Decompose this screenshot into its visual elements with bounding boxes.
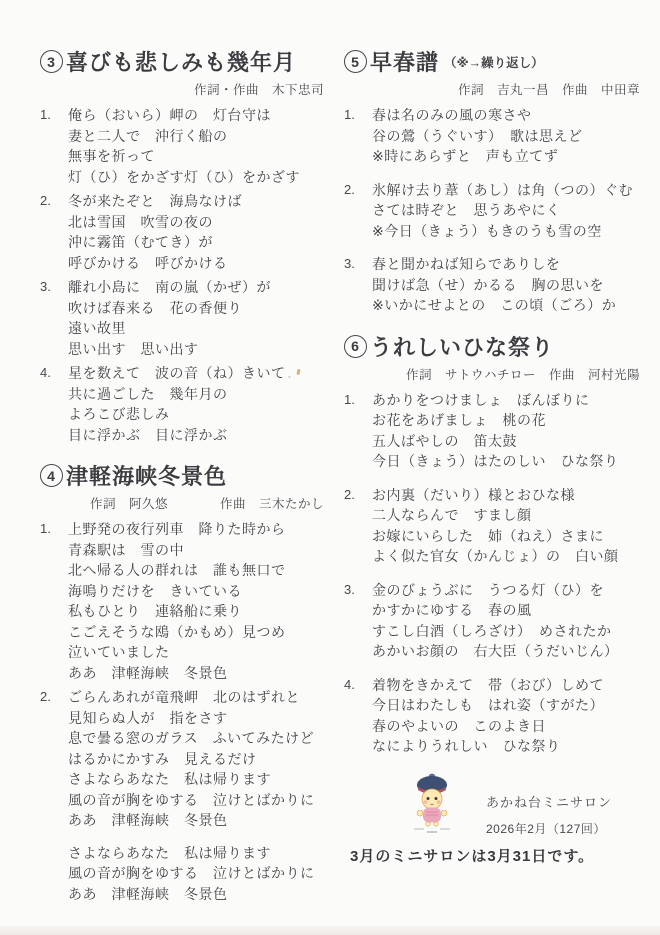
lyric-line: すこし白酒（しろざけ） めされたか xyxy=(372,621,650,642)
verse: 3.春と聞かねば知らでありしを聞けば急（せ）かるる 胸の思いを※いかにせよとの … xyxy=(344,254,650,316)
song-title: 3喜びも悲しみも幾年月 xyxy=(40,46,334,77)
verse-lines: お内裏（だいり）様とおひな様二人ならんで すまし顔お嫁にいらした 姉（ねえ）さま… xyxy=(372,485,650,567)
lyric-line: あかりをつけましょ ぼんぼりに xyxy=(372,390,650,411)
salon-name: あかね台ミニサロン xyxy=(486,792,612,811)
lyric-line: 見知らぬ人が 指をさす xyxy=(68,708,334,729)
song-title: 4津軽海峡冬景色 xyxy=(40,460,334,491)
verse-number: 3. xyxy=(344,580,372,662)
salon-notice: 3月のミニサロンは3月31日です。 xyxy=(350,845,650,866)
verse: 4.着物をきかえて 帯（おび）しめて今日はわたしも はれ姿（すがた）春のやよいの… xyxy=(344,675,650,757)
verse-number: 1. xyxy=(344,390,372,472)
song-number-circle: 4 xyxy=(40,464,63,487)
verse-number: 2. xyxy=(40,191,68,273)
lyric-line: よろこび悲しみ xyxy=(68,404,334,425)
verse-lines: 金のびょうぶに うつる灯（ひ）をかすかにゆする 春の風すこし白酒（しろざけ） め… xyxy=(372,580,650,662)
lyric-line: 吹けば春来る 花の香便り xyxy=(68,298,334,319)
right-column: 5早春譜（※→繰り返し）作詞 吉丸一昌 作曲 中田章1.春は名のみの風の寒さや谷… xyxy=(344,46,650,866)
lyric-line: 離れ小島に 南の嵐（かぜ）が xyxy=(68,277,334,298)
lyric-line: ああ 津軽海峡 冬景色 xyxy=(68,663,334,684)
mascot-icon xyxy=(406,770,458,836)
verse-lines: さよならあなた 私は帰ります風の音が胸をゆする 泣けとばかりにああ 津軽海峡 冬… xyxy=(68,843,334,905)
verse: 2.冬が来たぞと 海鳥なけば北は雪国 吹雪の夜の沖に霧笛（むてき）が呼びかける … xyxy=(40,191,334,273)
verse-lines: 離れ小島に 南の嵐（かぜ）が吹けば春来る 花の香便り遠い故里思い出す 思い出す xyxy=(68,277,334,359)
verse-lines: 着物をきかえて 帯（おび）しめて今日はわたしも はれ姿（すがた）春のやよいの こ… xyxy=(372,675,650,757)
lyric-line: 妻と二人で 沖行く船の xyxy=(68,126,334,147)
lyric-line: ※今日（きょう）もきのうも雪の空 xyxy=(372,221,650,242)
scanned-song-sheet: 3喜びも悲しみも幾年月作詞・作曲 木下忠司1.俺ら（おいら）岬の 灯台守は妻と二… xyxy=(0,0,660,935)
scan-bottom-edge xyxy=(0,926,660,935)
lyric-line: 灯（ひ）をかざす灯（ひ）をかざす xyxy=(68,167,334,188)
lyric-line: 五人ばやしの 笛太鼓 xyxy=(372,431,650,452)
lyric-line: はるかにかすみ 見えるだけ xyxy=(68,749,334,770)
lyric-line: 今日はわたしも はれ姿（すがた） xyxy=(372,695,650,716)
lyric-line: 風の音が胸をゆする 泣けとばかりに xyxy=(68,863,334,884)
lyric-line: 泣いていました xyxy=(68,642,334,663)
lyric-line: 聞けば急（せ）かるる 胸の思いを xyxy=(372,275,650,296)
lyric-line: なによりうれしい ひな祭り xyxy=(372,736,650,757)
lyric-line: さよならあなた 私は帰ります xyxy=(68,843,334,864)
verse-number: 2. xyxy=(344,485,372,567)
lyric-line: 金のびょうぶに うつる灯（ひ）を xyxy=(372,580,650,601)
lyric-line: ※いかにせよとの この頃（ごろ）か xyxy=(372,295,650,316)
salon-date-line: 2026年2月（127回） xyxy=(486,820,612,837)
song-number-circle: 3 xyxy=(40,50,63,73)
verse-number: 2. xyxy=(40,687,68,831)
lyric-line: さては時ぞと 思うあやにく xyxy=(372,200,650,221)
song-5: 5早春譜（※→繰り返し）作詞 吉丸一昌 作曲 中田章1.春は名のみの風の寒さや谷… xyxy=(344,46,650,316)
verse-lines: 俺ら（おいら）岬の 灯台守は妻と二人で 沖行く船の無事を祈って灯（ひ）をかざす灯… xyxy=(68,105,334,187)
verse: 3.離れ小島に 南の嵐（かぜ）が吹けば春来る 花の香便り遠い故里思い出す 思い出… xyxy=(40,277,334,359)
song-3: 3喜びも悲しみも幾年月作詞・作曲 木下忠司1.俺ら（おいら）岬の 灯台守は妻と二… xyxy=(40,46,334,445)
lyric-line: 谷の鶯（うぐいす） 歌は思えど xyxy=(372,126,650,147)
lyric-line: 今日（きょう）はたのしい ひな祭り xyxy=(372,451,650,472)
verse-number: 4. xyxy=(344,675,372,757)
lyric-line: 春と聞かねば知らでありしを xyxy=(372,254,650,275)
lyric-line: 青森駅は 雪の中 xyxy=(68,540,334,561)
lyric-line: 風の音が胸をゆする 泣けとばかりに xyxy=(68,790,334,811)
lyric-line: 私もひとり 連絡船に乗り xyxy=(68,601,334,622)
song-credit: 作詞・作曲 木下忠司 xyxy=(40,80,334,98)
song-title-text: 早春譜 xyxy=(370,46,439,77)
song-credit: 作詞 サトウハチロー 作曲 河村光陽 xyxy=(344,365,650,383)
verse: 1.俺ら（おいら）岬の 灯台守は妻と二人で 沖行く船の無事を祈って灯（ひ）をかざ… xyxy=(40,105,334,187)
song-title: 5早春譜（※→繰り返し） xyxy=(344,46,650,77)
lyric-line: 春のやよいの このよき日 xyxy=(372,716,650,737)
lyric-line: 二人ならんで すまし顔 xyxy=(372,505,650,526)
song-title-text: 喜びも悲しみも幾年月 xyxy=(66,46,296,77)
verse: 2.氷解け去り葦（あし）は角（つの）ぐむさては時ぞと 思うあやにく※今日（きょう… xyxy=(344,180,650,242)
song-title-text: 津軽海峡冬景色 xyxy=(66,460,227,491)
lyric-line: 呼びかける 呼びかける xyxy=(68,253,334,274)
lyric-line: 北へ帰る人の群れは 誰も無口で xyxy=(68,560,334,581)
verse-lines: あかりをつけましょ ぼんぼりにお花をあげましょ 桃の花五人ばやしの 笛太鼓今日（… xyxy=(372,390,650,472)
song-number-circle: 6 xyxy=(344,335,367,358)
song-number-circle: 5 xyxy=(344,50,367,73)
lyric-line: こごえそうな鴎（かもめ）見つめ xyxy=(68,622,334,643)
lyric-line: ああ 津軽海峡 冬景色 xyxy=(68,884,334,905)
lyric-line: お嫁にいらした 姉（ねえ）さまに xyxy=(372,526,650,547)
verse-lines: ごらんあれが竜飛岬 北のはずれと見知らぬ人が 指をさす息で曇る窓のガラス ふいて… xyxy=(68,687,334,831)
verse: 2.お内裏（だいり）様とおひな様二人ならんで すまし顔お嫁にいらした 姉（ねえ）… xyxy=(344,485,650,567)
verse-number: 2. xyxy=(344,180,372,242)
lyric-line: 北は雪国 吹雪の夜の xyxy=(68,212,334,233)
lyric-line: よく似た官女（かんじょ）の 白い顔 xyxy=(372,546,650,567)
scan-speck-small xyxy=(288,376,291,378)
lyric-line: お花をあげましょ 桃の花 xyxy=(372,410,650,431)
verse-number: 3. xyxy=(40,277,68,359)
song-4: 4津軽海峡冬景色作詞 阿久悠 作曲 三木たかし1.上野発の夜行列車 降りた時から… xyxy=(40,460,334,904)
lyric-line: 共に過ごした 幾年月の xyxy=(68,384,334,405)
verse-number: 4. xyxy=(40,363,68,445)
lyric-line: 着物をきかえて 帯（おび）しめて xyxy=(372,675,650,696)
song-title: 6うれしいひな祭り xyxy=(344,331,650,362)
lyric-line: 俺ら（おいら）岬の 灯台守は xyxy=(68,105,334,126)
verse: 1.春は名のみの風の寒さや谷の鶯（うぐいす） 歌は思えど※時にあらずと 声も立て… xyxy=(344,105,650,167)
verse-lines: 星を数えて 波の音（ね）きいて共に過ごした 幾年月のよろこび悲しみ目に浮かぶ 目… xyxy=(68,363,334,445)
verse-number: 1. xyxy=(40,105,68,187)
lyric-line: さよならあなた 私は帰ります xyxy=(68,769,334,790)
lyric-line: 遠い故里 xyxy=(68,318,334,339)
song-title-text: うれしいひな祭り xyxy=(370,331,554,362)
lyric-line: 春は名のみの風の寒さや xyxy=(372,105,650,126)
verse: 1.あかりをつけましょ ぼんぼりにお花をあげましょ 桃の花五人ばやしの 笛太鼓今… xyxy=(344,390,650,472)
footer: あかね台ミニサロン 2026年2月（127回） 3月のミニサロンは3月31日です… xyxy=(344,770,650,866)
lyric-line: 無事を祈って xyxy=(68,146,334,167)
verse-number: 1. xyxy=(40,519,68,683)
lyric-line: 冬が来たぞと 海鳥なけば xyxy=(68,191,334,212)
lyric-line: 沖に霧笛（むてき）が xyxy=(68,232,334,253)
verse: 1.上野発の夜行列車 降りた時から青森駅は 雪の中北へ帰る人の群れは 誰も無口で… xyxy=(40,519,334,683)
lyric-line: ごらんあれが竜飛岬 北のはずれと xyxy=(68,687,334,708)
verse: さよならあなた 私は帰ります風の音が胸をゆする 泣けとばかりにああ 津軽海峡 冬… xyxy=(40,843,334,905)
lyric-line: 思い出す 思い出す xyxy=(68,339,334,360)
song-credit: 作詞 吉丸一昌 作曲 中田章 xyxy=(344,80,650,98)
lyric-line: 上野発の夜行列車 降りた時から xyxy=(68,519,334,540)
verse-lines: 上野発の夜行列車 降りた時から青森駅は 雪の中北へ帰る人の群れは 誰も無口で海鳴… xyxy=(68,519,334,683)
verse-lines: 春と聞かねば知らでありしを聞けば急（せ）かるる 胸の思いを※いかにせよとの この… xyxy=(372,254,650,316)
verse-number: 3. xyxy=(344,254,372,316)
verse-lines: 春は名のみの風の寒さや谷の鶯（うぐいす） 歌は思えど※時にあらずと 声も立てず xyxy=(372,105,650,167)
verse-lines: 氷解け去り葦（あし）は角（つの）ぐむさては時ぞと 思うあやにく※今日（きょう）も… xyxy=(372,180,650,242)
verse-number xyxy=(40,843,68,905)
song-6: 6うれしいひな祭り作詞 サトウハチロー 作曲 河村光陽1.あかりをつけましょ ぼ… xyxy=(344,331,650,757)
lyric-line: ※時にあらずと 声も立てず xyxy=(372,146,650,167)
lyric-line: あかいお顔の 右大臣（うだいじん） xyxy=(372,641,650,662)
verse: 2.ごらんあれが竜飛岬 北のはずれと見知らぬ人が 指をさす息で曇る窓のガラス ふ… xyxy=(40,687,334,831)
lyric-line: 星を数えて 波の音（ね）きいて xyxy=(68,363,334,384)
verse: 3.金のびょうぶに うつる灯（ひ）をかすかにゆする 春の風すこし白酒（しろざけ）… xyxy=(344,580,650,662)
verse-number: 1. xyxy=(344,105,372,167)
lyric-line: ああ 津軽海峡 冬景色 xyxy=(68,810,334,831)
lyric-line: 目に浮かぶ 目に浮かぶ xyxy=(68,425,334,446)
song-credit: 作詞 阿久悠 作曲 三木たかし xyxy=(40,494,334,512)
verse-lines: 冬が来たぞと 海鳥なけば北は雪国 吹雪の夜の沖に霧笛（むてき）が呼びかける 呼び… xyxy=(68,191,334,273)
left-column: 3喜びも悲しみも幾年月作詞・作曲 木下忠司1.俺ら（おいら）岬の 灯台守は妻と二… xyxy=(40,46,334,908)
lyric-line: 氷解け去り葦（あし）は角（つの）ぐむ xyxy=(372,180,650,201)
lyric-line: お内裏（だいり）様とおひな様 xyxy=(372,485,650,506)
lyric-line: 海鳴りだけを きいている xyxy=(68,581,334,602)
lyric-line: かすかにゆする 春の風 xyxy=(372,600,650,621)
lyric-line: 息で曇る窓のガラス ふいてみたけど xyxy=(68,728,334,749)
song-title-note: （※→繰り返し） xyxy=(444,53,544,71)
